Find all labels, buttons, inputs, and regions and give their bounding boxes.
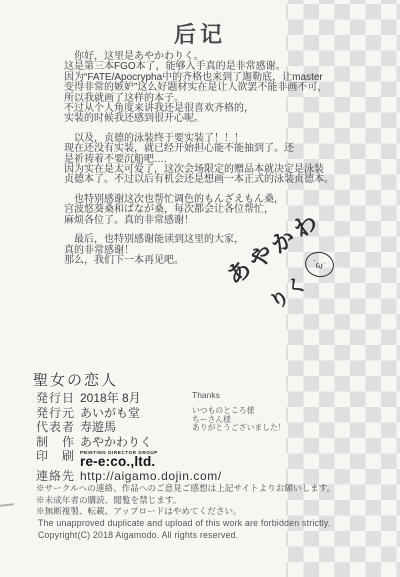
colophon-label: 連絡先	[36, 470, 80, 483]
notice-lines-english: The unapproved duplicate and upload of t…	[38, 518, 330, 541]
text-line: 实装的时候我还感到很开心呢。	[64, 114, 334, 124]
colophon-row-contact: 連絡先 http://aigamo.dojin.com/	[36, 470, 222, 483]
notice-line: Copyright(C) 2018 Aigamodo. All rights r…	[38, 530, 330, 542]
page-title: 后记	[0, 18, 400, 49]
colophon-value: あいがも堂	[80, 407, 140, 420]
scan-artifact-line	[0, 503, 14, 506]
colophon-label: 発行元	[36, 407, 80, 420]
thanks-line: ありがとうございました！	[192, 424, 286, 433]
thanks-list: いつものところ様ちーさん様ありがとうございました！	[192, 407, 286, 433]
contact-url: http://aigamo.dojin.com/	[80, 470, 222, 483]
colophon-value: 寿遊馬	[80, 421, 116, 434]
colophon-label: 印 刷	[36, 450, 80, 463]
notice-line: The unapproved duplicate and upload of t…	[38, 518, 330, 530]
colophon-label: 代表者	[36, 421, 80, 434]
colophon-row-production: 制 作 あやかわりく	[36, 436, 222, 449]
notice-line: ※サークルへの連絡、作品へのご意見ご感想は上記サイトよりお願いします。	[36, 483, 335, 495]
colophon-value: あやかわりく	[80, 436, 152, 449]
colophon-value: 2018年 8月	[80, 392, 141, 405]
notice-line: ※未成年者の購読、閲覧を禁じます。	[36, 495, 335, 507]
printer-logo-main-text: re-e:co.,ltd.	[80, 455, 158, 468]
thanks-block: Thanks いつものところ様ちーさん様ありがとうございました！	[192, 390, 286, 433]
book-title: 聖女の恋人	[33, 369, 118, 390]
text-line: 那么，我们下一本再见吧。	[64, 256, 334, 266]
colophon-row-printer: 印 刷 PRINTING DIRECTOR GROUP re-e:co.,ltd…	[36, 450, 222, 468]
printer-logo: PRINTING DIRECTOR GROUP re-e:co.,ltd.	[80, 450, 158, 468]
notice-line: ※無断複製、転載、アップロードはやめてください。	[36, 506, 335, 518]
text-line: 贞德本了。不过以后有机会还是想画一本正式的泳装贞德本。	[64, 175, 334, 185]
thanks-title: Thanks	[192, 390, 286, 400]
colophon-label: 制 作	[36, 436, 80, 449]
notice-lines-japanese: ※サークルへの連絡、作品へのご意見ご感想は上記サイトよりお願いします。※未成年者…	[36, 483, 335, 518]
colophon-label: 発行日	[36, 392, 80, 405]
afterword-paragraph-1: 你好，这里是あやかわりく。这是第三本FGO本了，能够入手真的是非常感谢。因为“F…	[64, 52, 334, 125]
afterword-paragraph-2: 以及，贞德的泳装终于要实装了！！！现在还没有实装，就已经开始担心能不能抽到了。还…	[64, 134, 334, 186]
afterword-page: 后记 你好，这里是あやかわりく。这是第三本FGO本了，能够入手真的是非常感谢。因…	[0, 0, 400, 577]
